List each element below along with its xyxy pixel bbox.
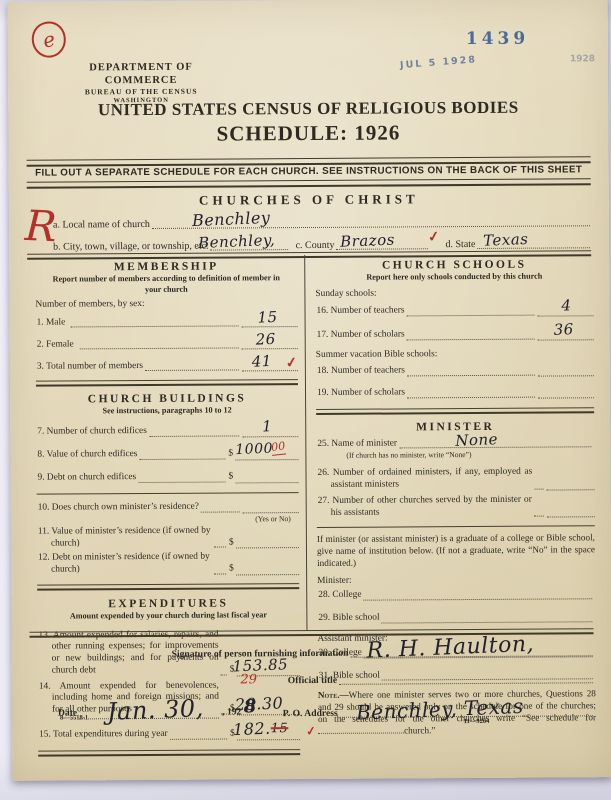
q8-label: 8. Value of church edifices xyxy=(36,449,137,461)
q27-row: 27. Number of other churches served by t… xyxy=(317,494,595,519)
q10-leader xyxy=(201,510,240,512)
q19-answer-line xyxy=(538,384,594,398)
po-address-label: P. O. Address xyxy=(283,708,338,719)
q16-row: 16. Number of teachers 4 xyxy=(315,302,593,318)
local-name-row: a. Local name of church Benchley xyxy=(53,216,593,230)
q9-answer-line: $ xyxy=(228,470,298,483)
q3-value: 41 xyxy=(251,351,272,371)
banner-instruction: FILL OUT A SEPARATE SCHEDULE FOR EACH CH… xyxy=(27,164,591,178)
q7-leader xyxy=(149,434,239,437)
q15-struck-cents: 15 xyxy=(271,721,289,737)
left-column: MEMBERSHIP Report number of members acco… xyxy=(35,260,300,756)
q8-dollar-sign: $ xyxy=(228,449,233,461)
q3-answer-line: 41 ✓ xyxy=(242,357,298,371)
q7-label: 7. Number of church edifices xyxy=(36,426,147,438)
q11-dollar-sign: $ xyxy=(229,537,234,549)
doodle-letter: e xyxy=(41,27,58,53)
q2-row: 2. Female 26 xyxy=(36,335,298,351)
q1-row: 1. Male 15 xyxy=(36,313,298,329)
schools-bottom-rule xyxy=(316,407,594,415)
q11-label: 11. Value of minister’s residence (if ow… xyxy=(37,526,212,551)
q27-leader xyxy=(534,515,544,517)
date-printed-year: , 192 8 xyxy=(222,698,257,719)
agency-line1: DEPARTMENT OF COMMERCE xyxy=(56,61,226,88)
expenditures-title: EXPENDITURES xyxy=(37,597,299,611)
faint-year-stamp: 1928 xyxy=(570,54,595,64)
q26-answer-line xyxy=(547,476,595,490)
q15-row: 15. Total expenditures during year $ 182… xyxy=(38,727,300,742)
q7-answer-line: 1 xyxy=(242,423,298,437)
q1-leader xyxy=(71,325,239,328)
state-line: Texas xyxy=(477,246,590,249)
column-divider xyxy=(304,255,307,630)
q10-answer-line xyxy=(243,499,299,513)
schools-title: CHURCH SCHOOLS xyxy=(315,258,593,272)
q7-row: 7. Number of church edifices 1 xyxy=(36,423,298,439)
date-line: Jan. 30, xyxy=(79,716,219,720)
sunday-schools-header: Sunday schools: xyxy=(315,287,593,299)
expenditures-bottom-rule xyxy=(38,749,300,757)
q11-answer-line: $ xyxy=(229,536,299,549)
q18-label: 18. Number of teachers xyxy=(316,365,405,377)
form-schedule-title: SCHEDULE: 1926 xyxy=(8,119,608,148)
q12-money-line xyxy=(236,561,299,575)
q17-label: 17. Number of scholars xyxy=(316,329,405,341)
q11-money-line xyxy=(236,535,299,549)
q25-row: 25. Name of minister None xyxy=(316,437,594,450)
q7-value: 1 xyxy=(262,417,273,436)
minister-subheader: Minister: xyxy=(317,575,595,587)
q2-value: 26 xyxy=(255,329,276,349)
schools-subtitle: Report here only schools conducted by th… xyxy=(315,271,593,283)
q15-label: 15. Total expenditures during year xyxy=(38,729,168,742)
date-printed-prefix: , 192 xyxy=(222,706,241,717)
buildings-bottom-rule xyxy=(37,583,299,591)
q12-row: 12. Debt on minister’s residence (if own… xyxy=(37,552,299,577)
q3-row: 3. Total number of members 41 ✓ xyxy=(36,357,298,373)
signature-label: Signature of person furnishing informati… xyxy=(172,648,349,660)
q17-leader xyxy=(407,337,535,340)
q29-leader xyxy=(382,620,593,623)
q17-row: 17. Number of scholars 36 xyxy=(316,326,594,342)
date-year-handwritten: 8 xyxy=(244,696,257,717)
summer-schools-header: Summer vacation Bible schools: xyxy=(316,348,594,360)
q12-label: 12. Debt on minister’s residence (if own… xyxy=(37,552,212,577)
q14-red-correction: 29 xyxy=(240,672,257,688)
q9-dollar-sign: $ xyxy=(229,472,234,484)
q12-answer-line: $ xyxy=(229,562,299,575)
q15-value: 182. xyxy=(232,718,270,740)
q3-leader xyxy=(145,369,239,372)
local-name-value: Benchley xyxy=(192,208,271,230)
q1-answer-line: 15 xyxy=(242,313,298,327)
right-column: CHURCH SCHOOLS Report here only schools … xyxy=(315,258,596,738)
q18-leader xyxy=(407,373,535,376)
q8-value: 1000 xyxy=(235,441,273,460)
q10-row: 10. Does church own minister’s residence… xyxy=(37,499,299,515)
po-address-line: Benchley, Texas 11—9204 xyxy=(340,713,593,718)
county-label: c. County xyxy=(296,240,335,251)
q28-label: 28. College xyxy=(317,590,361,602)
q25-value: None xyxy=(455,430,498,450)
banner-bottom-rule xyxy=(27,178,591,188)
q16-label: 16. Number of teachers xyxy=(315,305,404,317)
q19-row: 19. Number of scholars xyxy=(316,384,594,400)
q16-leader xyxy=(407,313,535,316)
q15-money-line: 182. 15 xyxy=(237,726,300,740)
q19-label: 19. Number of scholars xyxy=(316,387,405,399)
official-title-row: Official title xyxy=(288,673,596,686)
date-received-stamp: JUL 5 1928 xyxy=(400,54,478,71)
membership-title: MEMBERSHIP xyxy=(35,260,297,274)
local-name-label: a. Local name of church xyxy=(53,219,150,231)
q9-money-line xyxy=(235,469,298,483)
county-line: Brazos ✓ xyxy=(336,247,428,250)
agency-block: DEPARTMENT OF COMMERCE BUREAU OF THE CEN… xyxy=(56,61,226,106)
q16-value: 4 xyxy=(561,296,572,315)
q8-cents-red: 00 xyxy=(270,440,286,456)
q9-label: 9. Debt on church edifices xyxy=(37,472,137,484)
q18-answer-line xyxy=(538,362,594,376)
q11-leader xyxy=(214,546,226,548)
note-blank-line xyxy=(318,733,404,735)
expenditures-subtitle: Amount expended by your church during la… xyxy=(37,610,299,622)
city-line: Benchley, xyxy=(211,248,289,250)
city-value: Benchley, xyxy=(198,231,276,252)
form-title: UNITED STATES CENSUS OF RELIGIOUS BODIES xyxy=(8,97,608,121)
buildings-mid-rule xyxy=(37,492,299,495)
membership-bottom-rule xyxy=(36,379,298,387)
q3-check-mark: ✓ xyxy=(285,354,299,373)
denomination-title: CHURCHES OF CHRIST xyxy=(9,190,609,210)
q27-answer-line xyxy=(547,504,595,518)
q28-leader xyxy=(364,597,593,600)
red-circled-e-doodle: e xyxy=(28,18,69,60)
note-tail: church.” xyxy=(404,725,435,735)
q2-answer-line: 26 xyxy=(242,335,298,349)
q28-row: 28. College xyxy=(317,589,595,602)
signature-line: R. H. Haulton, xyxy=(350,653,592,657)
q25-note: (If church has no minister, write “None”… xyxy=(346,450,594,461)
q26-leader xyxy=(534,487,543,489)
q19-leader xyxy=(407,395,535,398)
buildings-title: CHURCH BUILDINGS xyxy=(36,392,298,406)
q26-label: 26. Number of ordained ministers, if any… xyxy=(316,467,532,492)
q11-row: 11. Value of minister’s residence (if ow… xyxy=(37,525,299,550)
q29-label: 29. Bible school xyxy=(317,613,379,625)
q10-yes-or-no-note: (Yes or No) xyxy=(37,514,291,525)
minister-mid-rule xyxy=(317,526,595,529)
q12-leader xyxy=(214,572,226,574)
q25-label: 25. Name of minister xyxy=(316,438,397,450)
q18-row: 18. Number of teachers xyxy=(316,362,594,378)
local-name-line: Benchley xyxy=(152,224,590,229)
date-label-block: Date 8—5518-1 xyxy=(58,702,77,720)
q25-leader: None xyxy=(399,446,591,449)
q8-leader xyxy=(139,457,225,460)
q29-row: 29. Bible school xyxy=(317,611,595,624)
graduate-paragraph: If minister (or assistant minister) is a… xyxy=(317,533,595,571)
file-number-stamp: 1439 xyxy=(466,29,529,49)
q8-money-line: 1000 00 xyxy=(235,446,298,460)
note-red-check: ✓ xyxy=(305,724,317,741)
q16-answer-line: 4 xyxy=(537,302,593,316)
county-check-mark: ✓ xyxy=(427,228,441,247)
q2-leader xyxy=(79,347,238,350)
q9-leader xyxy=(138,480,225,483)
q13-leader xyxy=(221,673,227,675)
q15-answer-line: $ 182. 15 xyxy=(230,727,300,740)
q3-label: 3. Total number of members xyxy=(36,361,143,373)
date-address-row: Date 8—5518-1 Jan. 30, , 192 8 P. O. Add… xyxy=(58,696,596,720)
q17-value: 36 xyxy=(553,320,574,340)
q2-label: 2. Female xyxy=(36,339,78,351)
po-form-number: 11—9204 xyxy=(464,718,490,725)
q26-row: 26. Number of ordained ministers, if any… xyxy=(316,467,594,492)
city-label: b. City, town, village, or township, etc… xyxy=(53,241,209,253)
official-title-line xyxy=(339,680,593,685)
q17-answer-line: 36 xyxy=(538,326,594,340)
membership-subtitle: Report number of members according to de… xyxy=(46,273,287,296)
state-value: Texas xyxy=(483,230,529,250)
buildings-subtitle: See instructions, paragraphs 10 to 12 xyxy=(36,405,298,417)
q15-leader xyxy=(170,737,227,739)
official-title-label: Official title xyxy=(288,675,337,686)
q12-dollar-sign: $ xyxy=(229,564,234,576)
county-value: Brazos xyxy=(340,231,395,251)
q1-label: 1. Male xyxy=(36,317,69,329)
census-form-paper: e DEPARTMENT OF COMMERCE BUREAU OF THE C… xyxy=(8,0,611,781)
q10-label: 10. Does church own minister’s residence… xyxy=(37,502,199,515)
state-label: d. State xyxy=(445,239,475,250)
date-value: Jan. 30, xyxy=(107,694,205,726)
q8-answer-line: $ 1000 00 xyxy=(228,447,298,460)
q27-label: 27. Number of other churches served by t… xyxy=(317,495,532,520)
q8-row: 8. Value of church edifices $ 1000 00 xyxy=(36,447,298,462)
q9-row: 9. Debt on church edifices $ xyxy=(36,470,298,485)
q1-value: 15 xyxy=(257,307,278,327)
